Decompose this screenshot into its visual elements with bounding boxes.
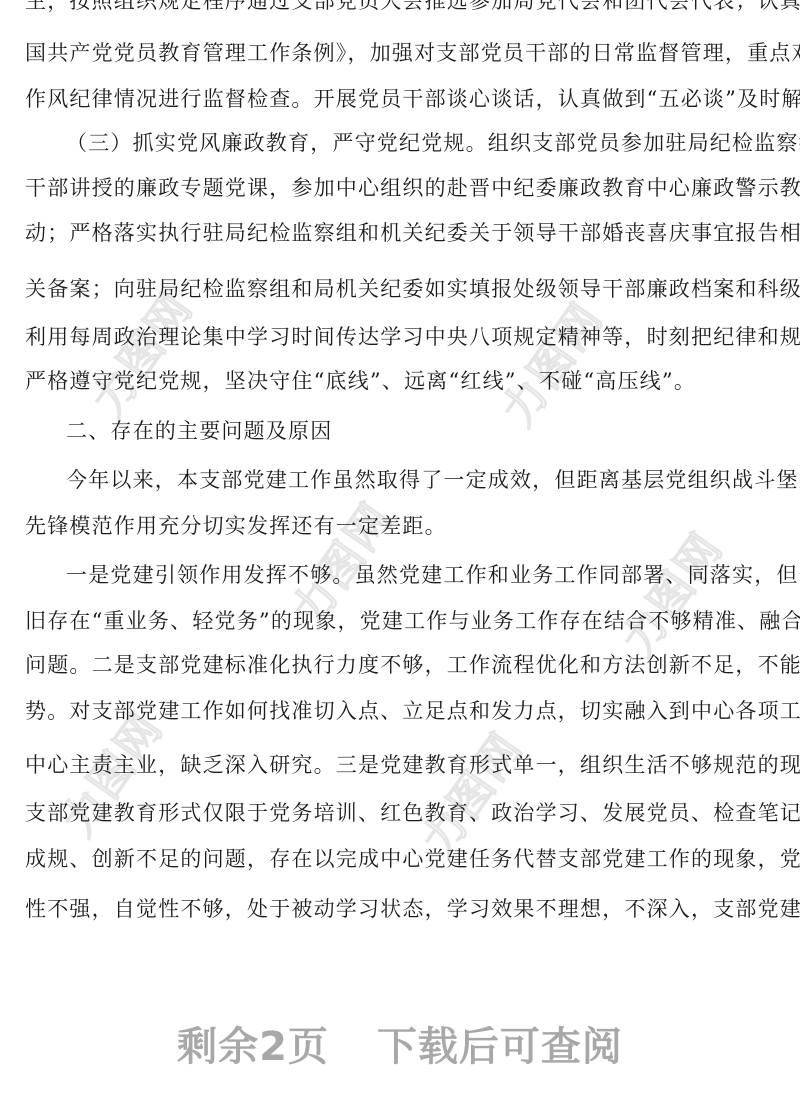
paragraph-line: 动；严格落实执行驻局纪检监察组和机关纪委关于领导干部婚丧喜庆事宜报告相关规定做好… [25,218,777,248]
watermark: 力图网 [483,287,615,437]
download-to-view-label[interactable]: 下载后可查阅 [377,1015,623,1072]
paragraph-line: 主，按照组织规定程序通过支部党员大会推选参加局党代会和团代会代表；认真贯彻落实《… [25,0,777,16]
paragraph-line: 性不强，自觉性不够，处于被动学习状态，学习效果不理想，不深入，支部党建生机和活力… [25,894,777,924]
paragraph-line: 一是党建引领作用发挥不够。虽然党建工作和业务工作同部署、同落实，但一定程度上仍 [66,560,777,590]
section-heading-line: （三）抓实党风廉政教育，严守党纪党规。组织支部党员参加驻局纪检监察组为中心党员 [66,128,777,158]
paragraph-line: 成规、创新不足的问题，存在以完成中心党建任务代替支部党建工作的现象，党员学习的主… [25,844,777,874]
paragraph-line: 干部讲授的廉政专题党课，参加中心组织的赴晋中纪委廉政教育中心廉政警示教育主题党日… [25,173,777,203]
remaining-pages-label: 剩余2页 [177,1015,329,1072]
paragraph-line: 问题。二是支部党建标准化执行力度不够，工作流程优化和方法创新不足，不能完全适应新… [25,650,777,680]
paragraph-line: 作风纪律情况进行监督检查。开展党员干部谈心谈话，认真做到“五必谈”及时解决思想问… [25,84,777,114]
paragraph-line: 先锋模范作用充分切实发挥还有一定差距。 [25,511,777,541]
paragraph-line: 关备案；向驻局纪检监察组和局机关纪委如实填报处级领导干部廉政档案和科级干部廉政档… [25,274,777,304]
paragraph-line: 中心主责主业，缺乏深入研究。三是党建教育形式单一，组织生活不够规范的现象依然存在… [25,750,777,780]
paragraph-line: 今年以来，本支部党建工作虽然取得了一定成效，但距离基层党组织战斗堡垒作用和党员 [66,465,777,495]
paragraph-line: 支部党建教育形式仅限于党务培训、红色教育、政治学习、发展党员、检查笔记等，存在墨… [25,798,777,828]
paragraph-line: 严格遵守党纪党规，坚决守住“底线”、远离“红线”、不碰“高压线”。 [25,366,777,396]
document-page: 力图网 力图网 力图网 力图网 力图网 力图网 主，按照组织规定程序通过支部党员… [0,0,800,1118]
paragraph-line: 利用每周政治理论集中学习时间传达学习中央八项规定精神等，时刻把纪律和规矩挺在前面… [25,322,777,352]
paragraph-line: 国共产党党员教育管理工作条例》，加强对支部党员干部的日常监督管理，重点对节假日期… [25,38,777,68]
paragraph-line: 旧存在“重业务、轻党务”的现象，党建工作与业务工作存在结合不够精准、融合不够深入… [25,606,777,636]
paragraph-line: 势。对支部党建工作如何找准切入点、立足点和发力点，切实融入到中心各项工作中去，服… [25,696,777,726]
section-heading: 二、存在的主要问题及原因 [66,416,777,446]
download-to-read-more-banner[interactable]: 剩余2页下载后可查阅 [0,1015,800,1072]
